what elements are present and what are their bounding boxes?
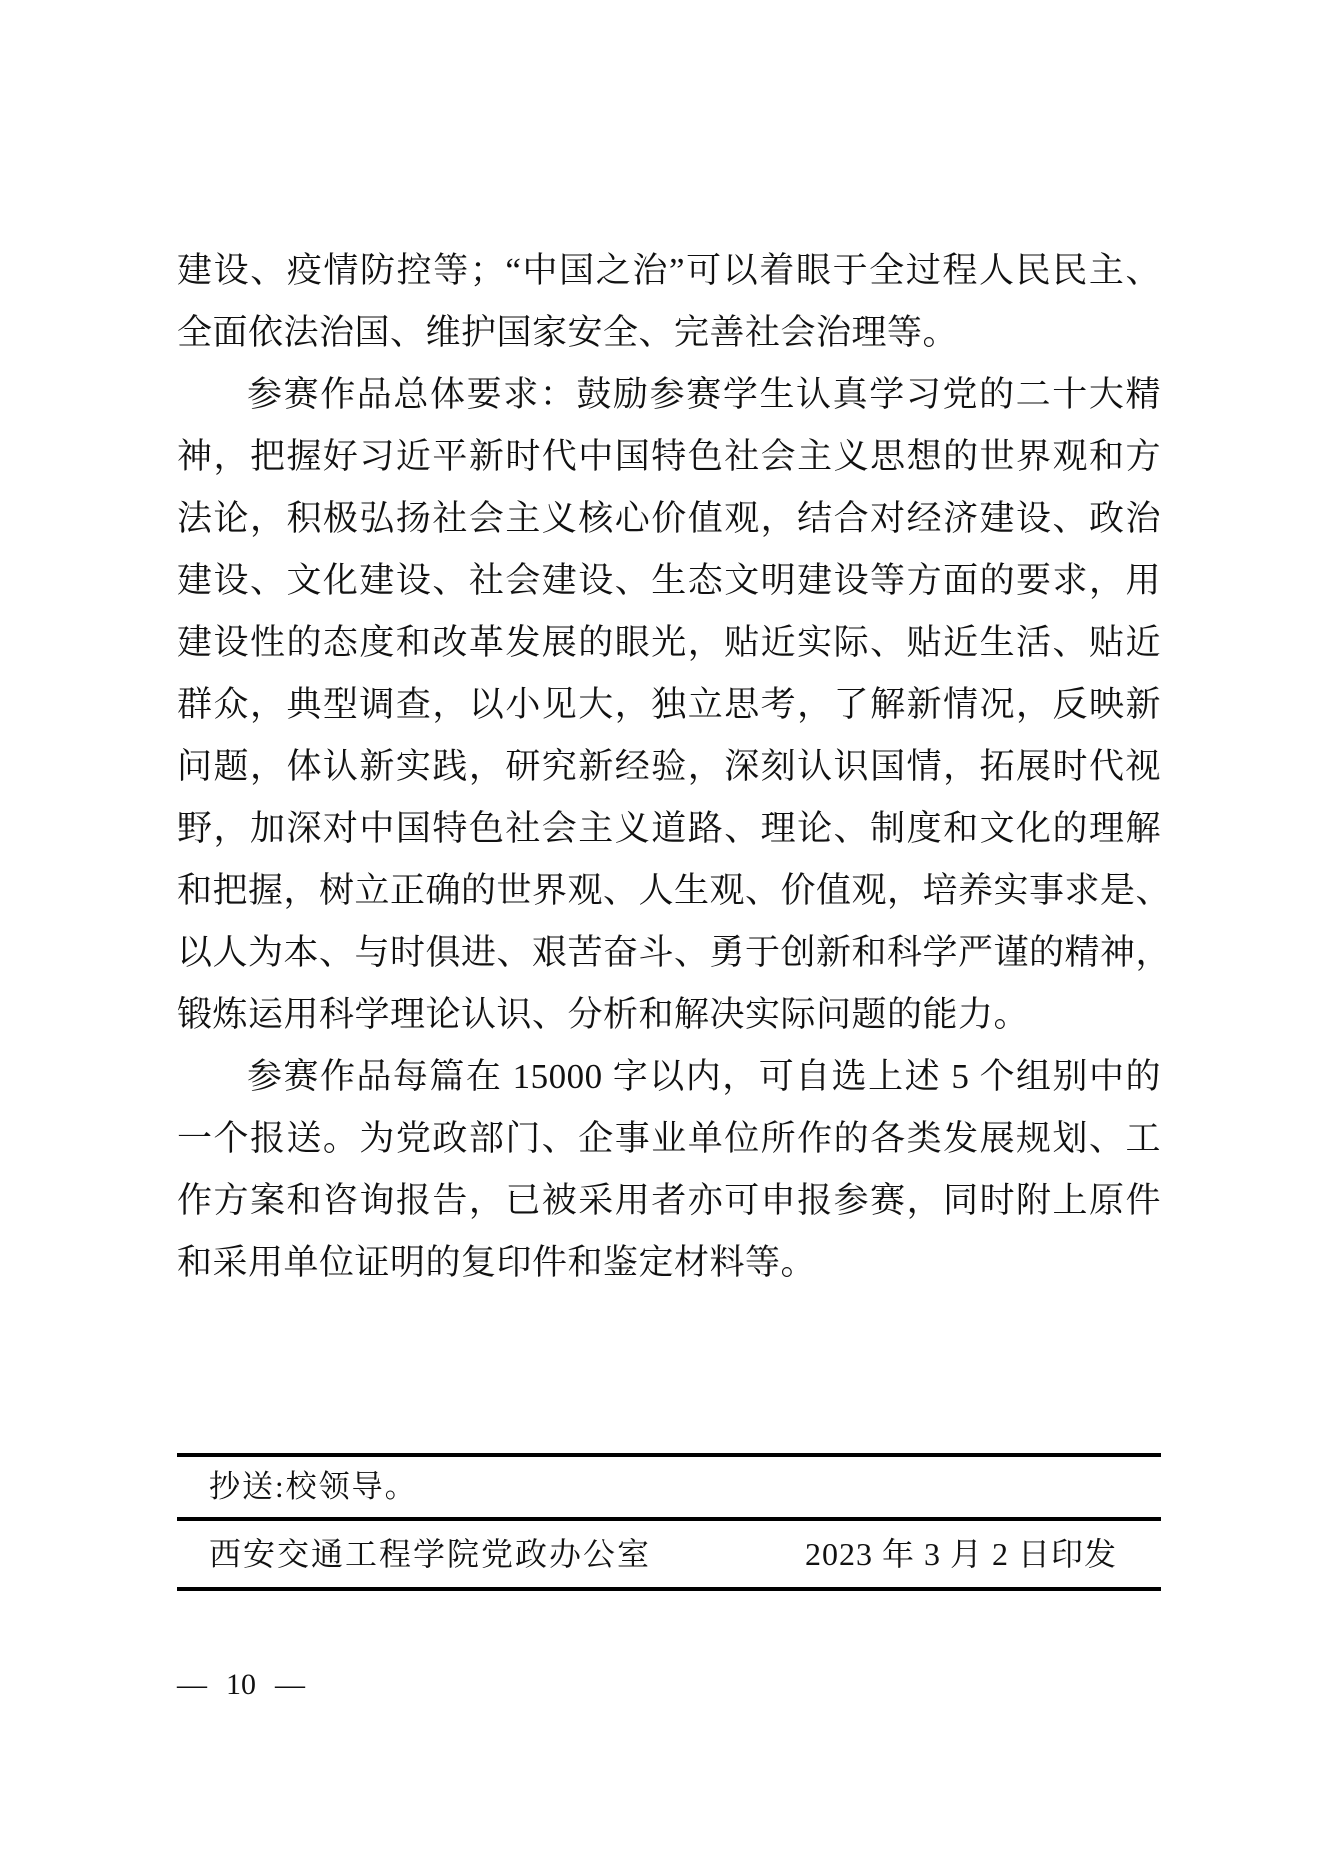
- body-line-6: 建设、文化建设、社会建设、生态文明建设等方面的要求，用: [177, 550, 1161, 612]
- body-line-10: 野，加深对中国特色社会主义道路、理论、制度和文化的理解: [177, 798, 1161, 860]
- body-line-3: 参赛作品总体要求：鼓励参赛学生认真学习党的二十大精: [177, 364, 1161, 426]
- body-line-12: 以人为本、与时俱进、艰苦奋斗、勇于创新和科学严谨的精神，: [177, 922, 1161, 984]
- copy-to-row: 抄送:校领导。: [177, 1457, 1161, 1517]
- body-line-14: 参赛作品每篇在 15000 字以内，可自选上述 5 个组别中的: [177, 1046, 1161, 1108]
- document-body: 建设、疫情防控等；“中国之治”可以着眼于全过程人民民主、 全面依法治国、维护国家…: [177, 240, 1161, 1294]
- page-number: — 10 —: [177, 1668, 305, 1702]
- body-line-13: 锻炼运用科学理论认识、分析和解决实际问题的能力。: [177, 984, 1161, 1046]
- body-line-15: 一个报送。为党政部门、企事业单位所作的各类发展规划、工: [177, 1108, 1161, 1170]
- document-footer: 抄送:校领导。 西安交通工程学院党政办公室 2023 年 3 月 2 日印发: [177, 1453, 1161, 1591]
- page-number-dash-left: —: [177, 1668, 207, 1702]
- body-line-7: 建设性的态度和改革发展的眼光，贴近实际、贴近生活、贴近: [177, 612, 1161, 674]
- footer-rule-bottom: [177, 1587, 1161, 1591]
- body-line-8: 群众，典型调查，以小见大，独立思考，了解新情况，反映新: [177, 674, 1161, 736]
- page-number-value: 10: [226, 1668, 256, 1702]
- copy-to-label: 抄送:校领导。: [209, 1469, 418, 1504]
- body-line-17: 和采用单位证明的复印件和鉴定材料等。: [177, 1232, 1161, 1294]
- print-date-label: 2023 年 3 月 2 日印发: [805, 1521, 1117, 1587]
- body-line-1: 建设、疫情防控等；“中国之治”可以着眼于全过程人民民主、: [177, 240, 1161, 302]
- issue-row: 西安交通工程学院党政办公室 2023 年 3 月 2 日印发: [177, 1521, 1161, 1587]
- document-page: 建设、疫情防控等；“中国之治”可以着眼于全过程人民民主、 全面依法治国、维护国家…: [0, 0, 1323, 1871]
- body-line-5: 法论，积极弘扬社会主义核心价值观，结合对经济建设、政治: [177, 488, 1161, 550]
- body-line-16: 作方案和咨询报告，已被采用者亦可申报参赛，同时附上原件: [177, 1170, 1161, 1232]
- page-number-dash-right: —: [275, 1668, 305, 1702]
- body-line-4: 神，把握好习近平新时代中国特色社会主义思想的世界观和方: [177, 426, 1161, 488]
- issuing-office-label: 西安交通工程学院党政办公室: [209, 1521, 651, 1587]
- body-line-9: 问题，体认新实践，研究新经验，深刻认识国情，拓展时代视: [177, 736, 1161, 798]
- body-line-2: 全面依法治国、维护国家安全、完善社会治理等。: [177, 302, 1161, 364]
- body-line-11: 和把握，树立正确的世界观、人生观、价值观，培养实事求是、: [177, 860, 1161, 922]
